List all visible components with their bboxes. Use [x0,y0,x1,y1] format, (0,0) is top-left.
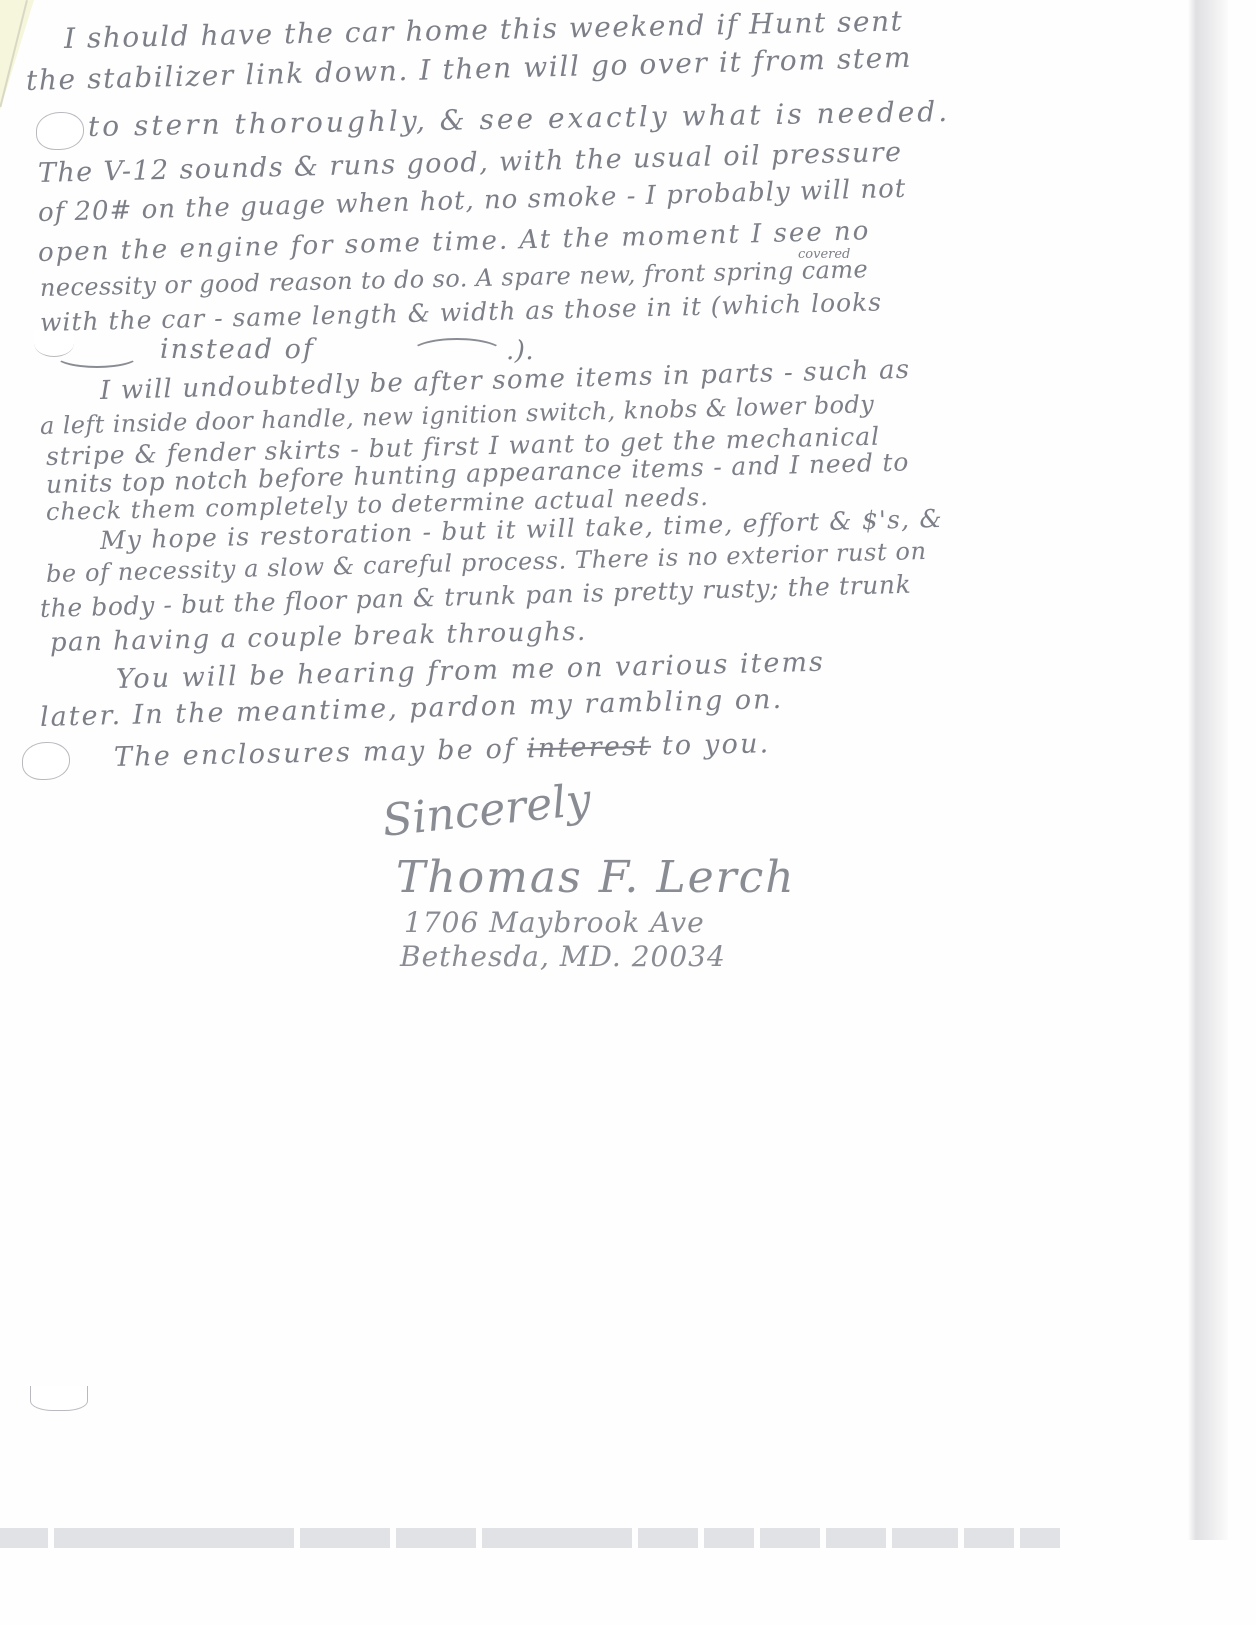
sender-address-city: Bethesda, MD. 20034 [400,940,726,973]
letter-line: The enclosures may be of interest to you… [114,728,771,773]
letter-line: instead of [160,334,315,365]
letter-line: pan having a couple break throughs. [50,617,587,658]
punch-hole-mark [36,112,84,150]
leaf-spring-sketch-downward [410,338,504,368]
leaf-spring-sketch-upward [54,342,140,368]
letter-line: to stern thoroughly, & see exactly what … [88,95,951,143]
sketch-closing-paren: .). [506,336,534,366]
sender-address-street: 1706 Maybrook Ave [404,906,705,939]
letter-closing: Sincerely [380,774,593,847]
signature: Thomas F. Lerch [396,852,796,903]
punch-hole-mark [22,742,70,780]
punch-hole-mark [30,1386,88,1411]
scanner-edge-shadow [1188,0,1228,1540]
scanner-artifact-band [0,1528,1240,1548]
scanned-letter-page: I should have the car home this weekend … [0,0,1256,1625]
struck-through-word: interest [527,731,652,765]
